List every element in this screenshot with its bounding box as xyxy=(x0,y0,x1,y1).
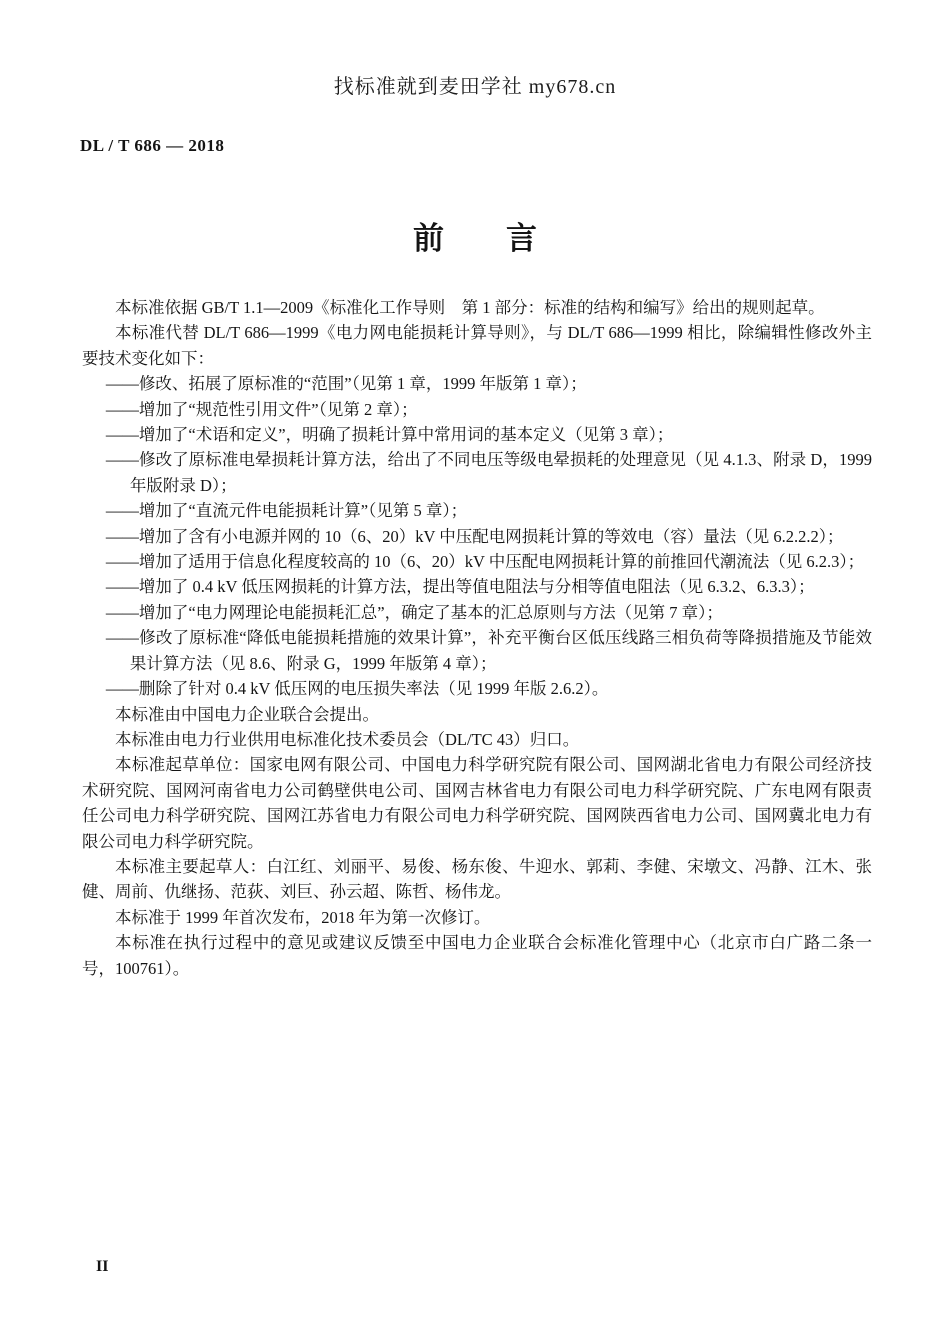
paragraph-8: ——增加了含有小电源并网的 10（6、20）kV 中压配电网损耗计算的等效电（容… xyxy=(130,524,872,549)
standard-number: DL / T 686 — 2018 xyxy=(80,136,224,156)
page-title: 前 言 xyxy=(0,213,950,258)
paragraph-12: ——修改了原标准“降低电能损耗措施的效果计算”，补充平衡台区低压线路三相负荷等降… xyxy=(130,625,872,676)
paragraph-10: ——增加了 0.4 kV 低压网损耗的计算方法，提出等值电阻法与分相等值电阻法（… xyxy=(130,574,872,599)
paragraph-9: ——增加了适用于信息化程度较高的 10（6、20）kV 中压配电网损耗计算的前推… xyxy=(130,549,872,574)
paragraph-1: 本标准依据 GB/T 1.1—2009《标准化工作导则 第 1 部分：标准的结构… xyxy=(82,295,872,320)
paragraph-15: 本标准由电力行业供用电标准化技术委员会（DL/TC 43）归口。 xyxy=(82,727,872,752)
paragraph-13: ——删除了针对 0.4 kV 低压网的电压损失率法（见 1999 年版 2.6.… xyxy=(130,676,872,701)
paragraph-6: ——修改了原标准电晕损耗计算方法，给出了不同电压等级电晕损耗的处理意见（见 4.… xyxy=(130,447,872,498)
page-number: II xyxy=(96,1258,108,1276)
paragraph-16: 本标准起草单位：国家电网有限公司、中国电力科学研究院有限公司、国网湖北省电力有限… xyxy=(82,752,872,854)
paragraph-18: 本标准于 1999 年首次发布，2018 年为第一次修订。 xyxy=(82,905,872,930)
paragraph-19: 本标准在执行过程中的意见或建议反馈至中国电力企业联合会标准化管理中心（北京市白广… xyxy=(82,930,872,981)
paragraph-5: ——增加了“术语和定义”，明确了损耗计算中常用词的基本定义（见第 3 章）； xyxy=(130,422,872,447)
paragraph-4: ——增加了“规范性引用文件”（见第 2 章）； xyxy=(130,397,872,422)
paragraph-2: 本标准代替 DL/T 686—1999《电力网电能损耗计算导则》，与 DL/T … xyxy=(82,320,872,371)
paragraph-3: ——修改、拓展了原标准的“范围”（见第 1 章，1999 年版第 1 章）； xyxy=(130,371,872,396)
paragraph-17: 本标准主要起草人：白江红、刘丽平、易俊、杨东俊、牛迎水、郭莉、李健、宋墩文、冯静… xyxy=(82,854,872,905)
paragraph-14: 本标准由中国电力企业联合会提出。 xyxy=(82,702,872,727)
paragraph-11: ——增加了“电力网理论电能损耗汇总”，确定了基本的汇总原则与方法（见第 7 章）… xyxy=(130,600,872,625)
foreword-body: 本标准依据 GB/T 1.1—2009《标准化工作导则 第 1 部分：标准的结构… xyxy=(82,295,872,981)
paragraph-7: ——增加了“直流元件电能损耗计算”（见第 5 章）； xyxy=(130,498,872,523)
document-page: 找标准就到麦田学社 my678.cn DL / T 686 — 2018 前 言… xyxy=(0,0,950,1344)
watermark-text: 找标准就到麦田学社 my678.cn xyxy=(0,70,950,99)
